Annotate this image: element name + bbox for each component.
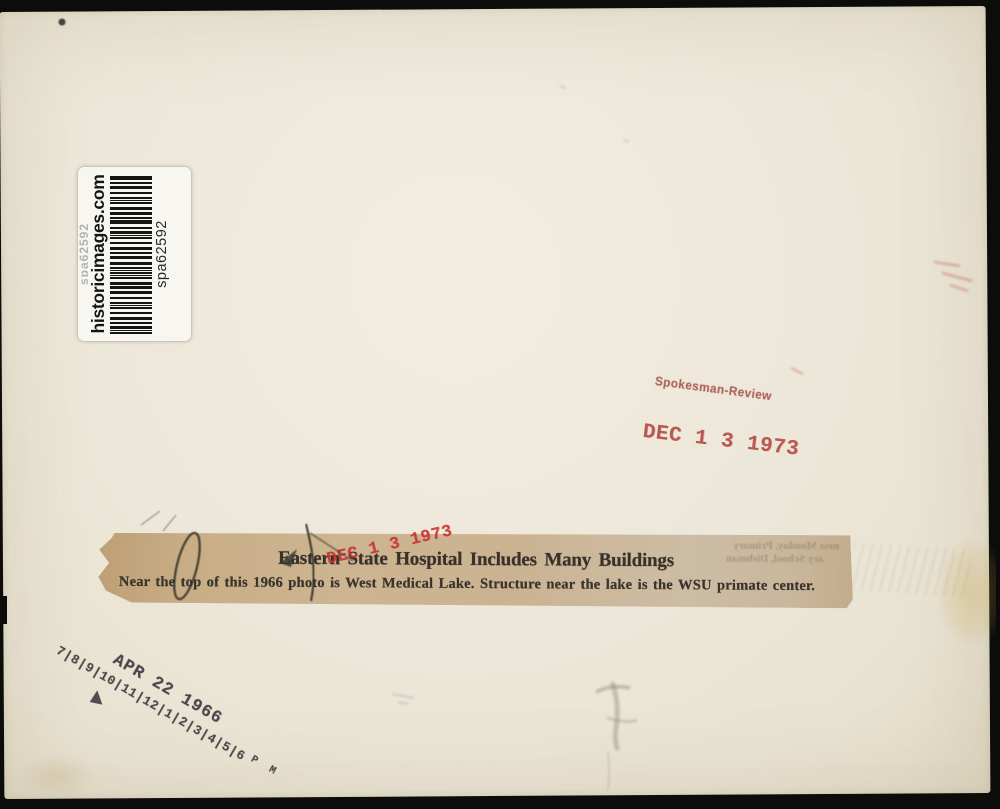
clipping-caption: Near the top of this 1966 photo is West … xyxy=(119,574,815,595)
clipping-headline: Eastern State Hospital Includes Many Bui… xyxy=(278,548,674,572)
photo-back-scan: { "label": { "site": "historicimages.com… xyxy=(0,0,1000,809)
newspaper-clipping: Eastern State Hospital Includes Many Bui… xyxy=(97,531,853,609)
barcode xyxy=(110,174,152,334)
bleed-through-text: ary School, Dishman xyxy=(726,553,824,566)
partial-id-text: spa62592 xyxy=(77,171,88,337)
barcode-sticker-face: spa62592 historicimages.com spa62592 xyxy=(78,167,191,341)
sticker-site-text: historicimages.com xyxy=(88,171,109,337)
photo-paper xyxy=(0,6,990,799)
barcode-sticker: spa62592 historicimages.com spa62592 xyxy=(78,167,191,341)
bleed-through-text: ness Monday, Primary xyxy=(733,540,839,553)
sticker-id-text: spa62592 xyxy=(154,171,171,337)
